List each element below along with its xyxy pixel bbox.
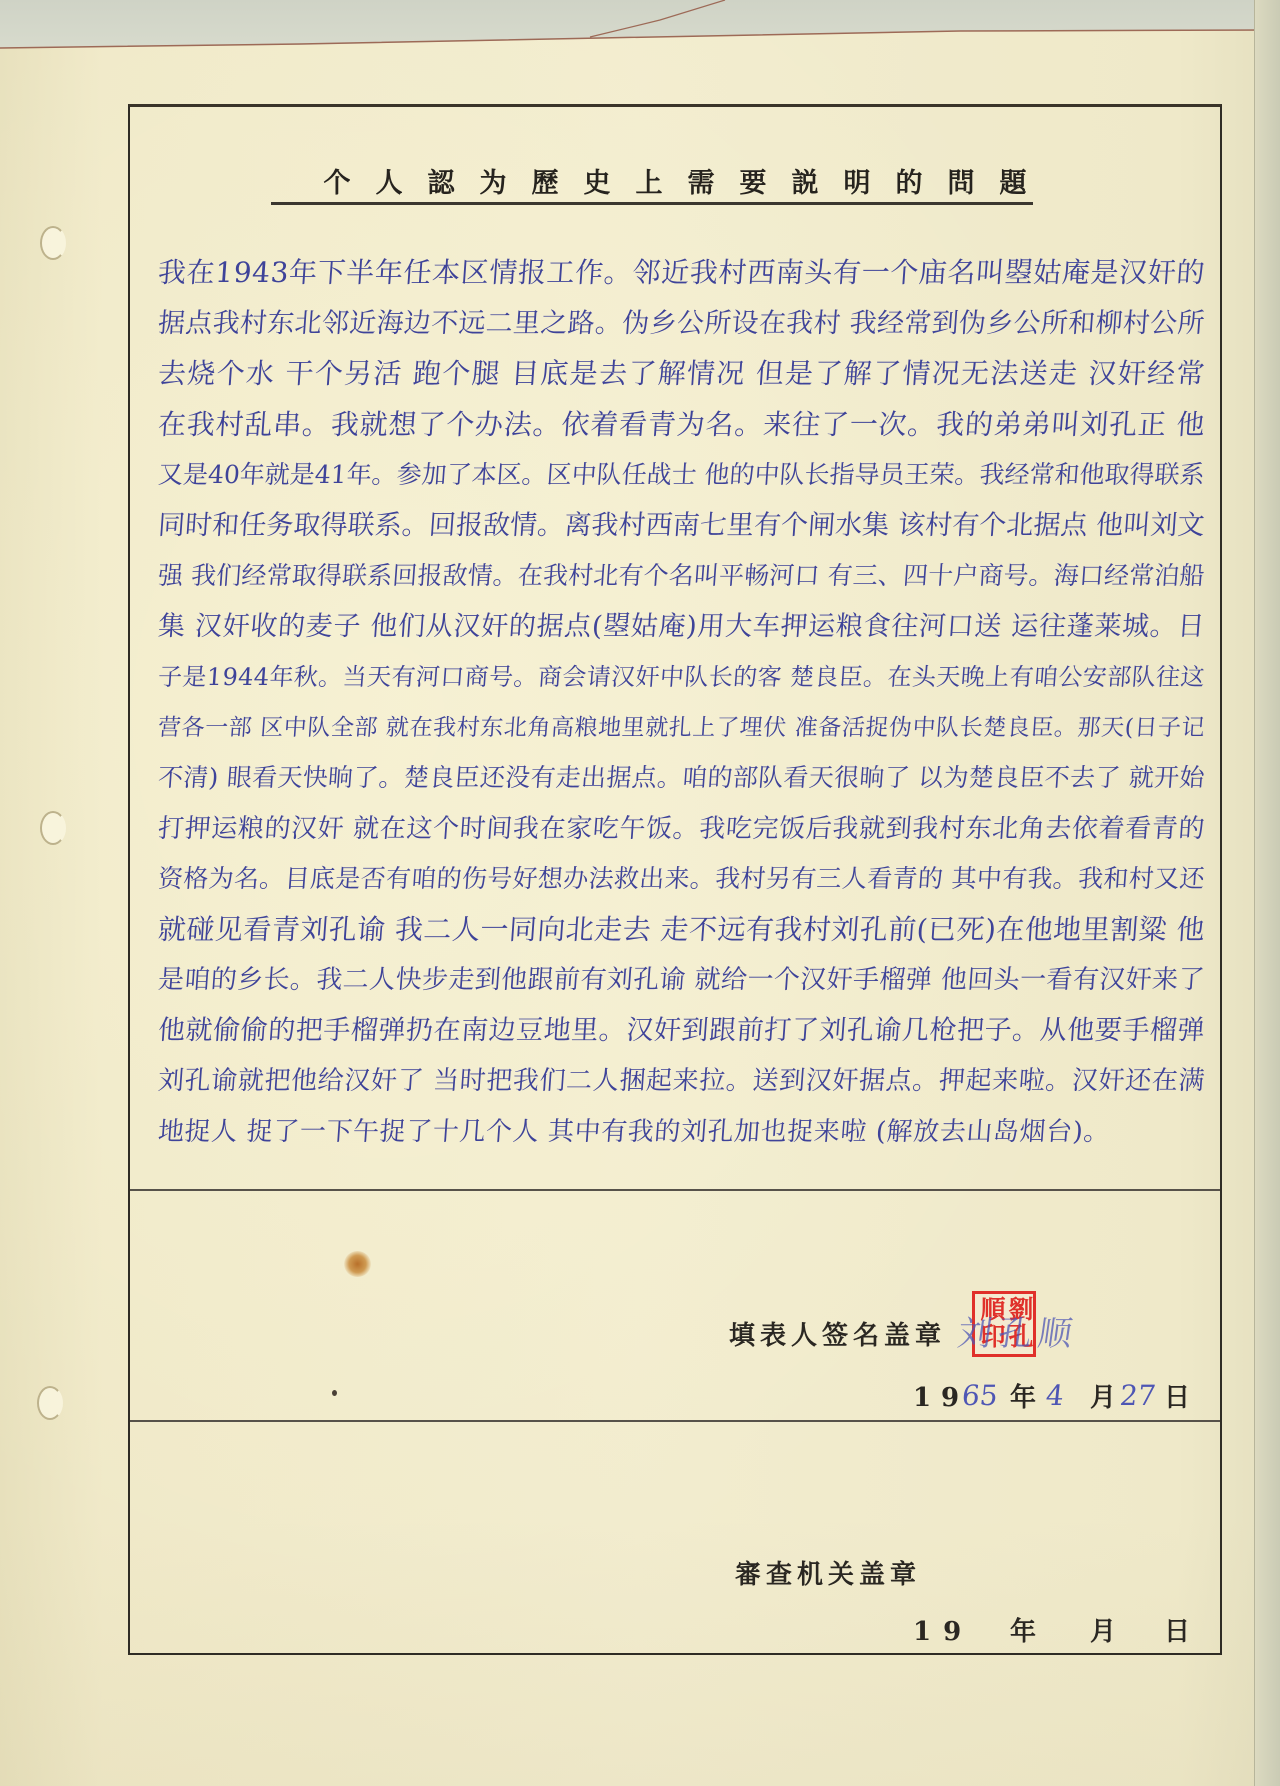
statement-line: 打押运粮的汉奸 就在这个时间我在家吃午饭。我吃完饭后我就到我村东北角去依着看青的: [158, 804, 1208, 855]
statement-line: 营各一部 区中队全部 就在我村东北角高粮地里就扎上了埋伏 准备活捉伪中队长楚良臣…: [158, 703, 1208, 754]
stain-mark: [344, 1251, 371, 1277]
review-date-year: 19: [913, 1616, 973, 1648]
fill-date-year-handwritten: 65: [960, 1380, 999, 1412]
statement-line-text: 我在1943年下半年任本区情报工作。邻近我村西南头有一个庙名叫曌姑庵是汉奸的: [156, 248, 1207, 299]
statement-line: 强 我们经常取得联系回报敌情。在我村北有个名叫平畅河口 有三、四十户商号。海口经…: [158, 551, 1208, 602]
review-authority-label: 審查机关盖章: [735, 1559, 921, 1591]
statement-line-text: 刘孔谕就把他给汉奸了 当时把我们二人捆起来拉。送到汉奸据点。押起来啦。汉奸还在满: [156, 1056, 1207, 1107]
ink-dot: [332, 1390, 337, 1396]
fill-date-month: 4: [1044, 1380, 1065, 1412]
statement-line-text: 营各一部 区中队全部 就在我村东北角高粮地里就扎上了埋伏 准备活捉伪中队长楚良臣…: [156, 703, 1207, 754]
statement-line: 就碰见看青刘孔谕 我二人一同向北走去 走不远有我村刘孔前(已死)在他地里割粱 他: [158, 905, 1208, 956]
statement-line-text: 就碰见看青刘孔谕 我二人一同向北走去 走不远有我村刘孔前(已死)在他地里割粱 他: [156, 905, 1206, 956]
review-date-year-label: 年: [1010, 1616, 1041, 1648]
statement-line-text: 集 汉奸收的麦子 他们从汉奸的据点(曌姑庵)用大车押运粮食往河口送 运往蓬莱城。…: [156, 602, 1207, 653]
statement-line: 我在1943年下半年任本区情报工作。邻近我村西南头有一个庙名叫曌姑庵是汉奸的: [158, 248, 1208, 299]
form-title: 个人認为歷史上需要説明的問題: [128, 166, 1222, 202]
binding-hole-icon: [37, 1386, 63, 1420]
statement-line: 据点我村东北邻近海边不远二里之路。伪乡公所设在我村 我经常到伪乡公所和柳村公所: [158, 299, 1208, 350]
binding-hole-icon: [40, 811, 66, 845]
statement-line-text: 他就偷偷的把手榴弹扔在南边豆地里。汉奸到跟前打了刘孔谕几枪把子。从他要手榴弹: [156, 1006, 1207, 1057]
fill-date-day: 27: [1118, 1380, 1157, 1412]
statement-line: 子是1944年秋。当天有河口商号。商会请汉奸中队长的客 楚良臣。在头天晚上有咱公…: [158, 652, 1208, 703]
statement-line-text: 子是1944年秋。当天有河口商号。商会请汉奸中队长的客 楚良臣。在头天晚上有咱公…: [156, 652, 1206, 703]
statement-line: 是咱的乡长。我二人快步走到他跟前有刘孔谕 就给一个汉奸手榴弹 他回头一看有汉奸来…: [158, 955, 1208, 1006]
statement-line-text: 又是40年就是41年。参加了本区。区中队任战士 他的中队长指导员王荣。我经常和他…: [156, 450, 1206, 501]
cover-edge-lines: [0, 0, 1280, 60]
statement-line: 资格为名。目底是否有咱的伤号好想办法救出来。我村另有三人看青的 其中有我。我和村…: [158, 854, 1208, 905]
page-right-edge: [1254, 0, 1280, 1786]
statement-line: 不清) 眼看天快晌了。楚良臣还没有走出据点。咱的部队看天很晌了 以为楚良臣不去了…: [158, 753, 1208, 804]
title-underline: [271, 202, 1033, 205]
statement-line: 他就偷偷的把手榴弹扔在南边豆地里。汉奸到跟前打了刘孔谕几枪把子。从他要手榴弹: [158, 1006, 1208, 1057]
statement-line: 又是40年就是41年。参加了本区。区中队任战士 他的中队长指导员王荣。我经常和他…: [158, 450, 1208, 501]
review-date-day-label: 日: [1164, 1616, 1195, 1648]
statement-line: 在我村乱串。我就想了个办法。依着看青为名。来往了一次。我的弟弟叫刘孔正 他: [158, 400, 1208, 451]
statement-line: 地捉人 捉了一下午捉了十几个人 其中有我的刘孔加也捉来啦 (解放去山岛烟台)。: [158, 1107, 1113, 1158]
handwritten-signature: 刘孔顺: [955, 1314, 1081, 1354]
fill-date-month-label: 月: [1090, 1382, 1121, 1414]
statement-line-text: 不清) 眼看天快晌了。楚良臣还没有走出据点。咱的部队看天很晌了 以为楚良臣不去了…: [156, 753, 1206, 804]
statement-line: 去烧个水 干个另活 跑个腿 目底是去了解情况 但是了解了情况无法送走 汉奸经常: [158, 349, 1208, 400]
fill-date-year-digit-1: 1: [913, 1382, 936, 1414]
statement-line-text: 是咱的乡长。我二人快步走到他跟前有刘孔谕 就给一个汉奸手榴弹 他回头一看有汉奸来…: [156, 955, 1206, 1006]
handwritten-statement: 我在1943年下半年任本区情报工作。邻近我村西南头有一个庙名叫曌姑庵是汉奸的 据…: [158, 248, 1208, 1157]
statement-line-text: 据点我村东北邻近海边不远二里之路。伪乡公所设在我村 我经常到伪乡公所和柳村公所: [156, 299, 1206, 350]
statement-line-text: 在我村乱串。我就想了个办法。依着看青为名。来往了一次。我的弟弟叫刘孔正 他: [156, 400, 1207, 451]
statement-line: 刘孔谕就把他给汉奸了 当时把我们二人捆起来拉。送到汉奸据点。押起来啦。汉奸还在满: [158, 1056, 1208, 1107]
signer-label: 填表人签名盖章: [729, 1320, 946, 1352]
section-divider: [130, 1189, 1220, 1191]
statement-line: 集 汉奸收的麦子 他们从汉奸的据点(曌姑庵)用大车押运粮食往河口送 运往蓬莱城。…: [158, 602, 1208, 653]
statement-line-text: 同时和任务取得联系。回报敌情。离我村西南七里有个闸水集 该村有个北据点 他叫刘文: [156, 501, 1206, 552]
review-date-month-label: 月: [1090, 1616, 1121, 1648]
section-divider: [130, 1420, 1220, 1422]
statement-line-text: 强 我们经常取得联系回报敌情。在我村北有个名叫平畅河口 有三、四十户商号。海口经…: [156, 551, 1206, 602]
binding-hole-icon: [40, 226, 66, 260]
fill-date-year-label: 年: [1010, 1382, 1041, 1414]
statement-line-text: 打押运粮的汉奸 就在这个时间我在家吃午饭。我吃完饭后我就到我村东北角去依着看青的: [156, 804, 1207, 855]
statement-line: 同时和任务取得联系。回报敌情。离我村西南七里有个闸水集 该村有个北据点 他叫刘文: [158, 501, 1208, 552]
statement-line-text: 去烧个水 干个另活 跑个腿 目底是去了解情况 但是了解了情况无法送走 汉奸经常: [156, 349, 1207, 400]
statement-line-text: 地捉人 捉了一下午捉了十几个人 其中有我的刘孔加也捉来啦 (解放去山岛烟台)。: [156, 1107, 1112, 1158]
fill-date-day-label: 日: [1164, 1382, 1195, 1414]
statement-line-text: 资格为名。目底是否有咱的伤号好想办法救出来。我村另有三人看青的 其中有我。我和村…: [156, 854, 1206, 905]
